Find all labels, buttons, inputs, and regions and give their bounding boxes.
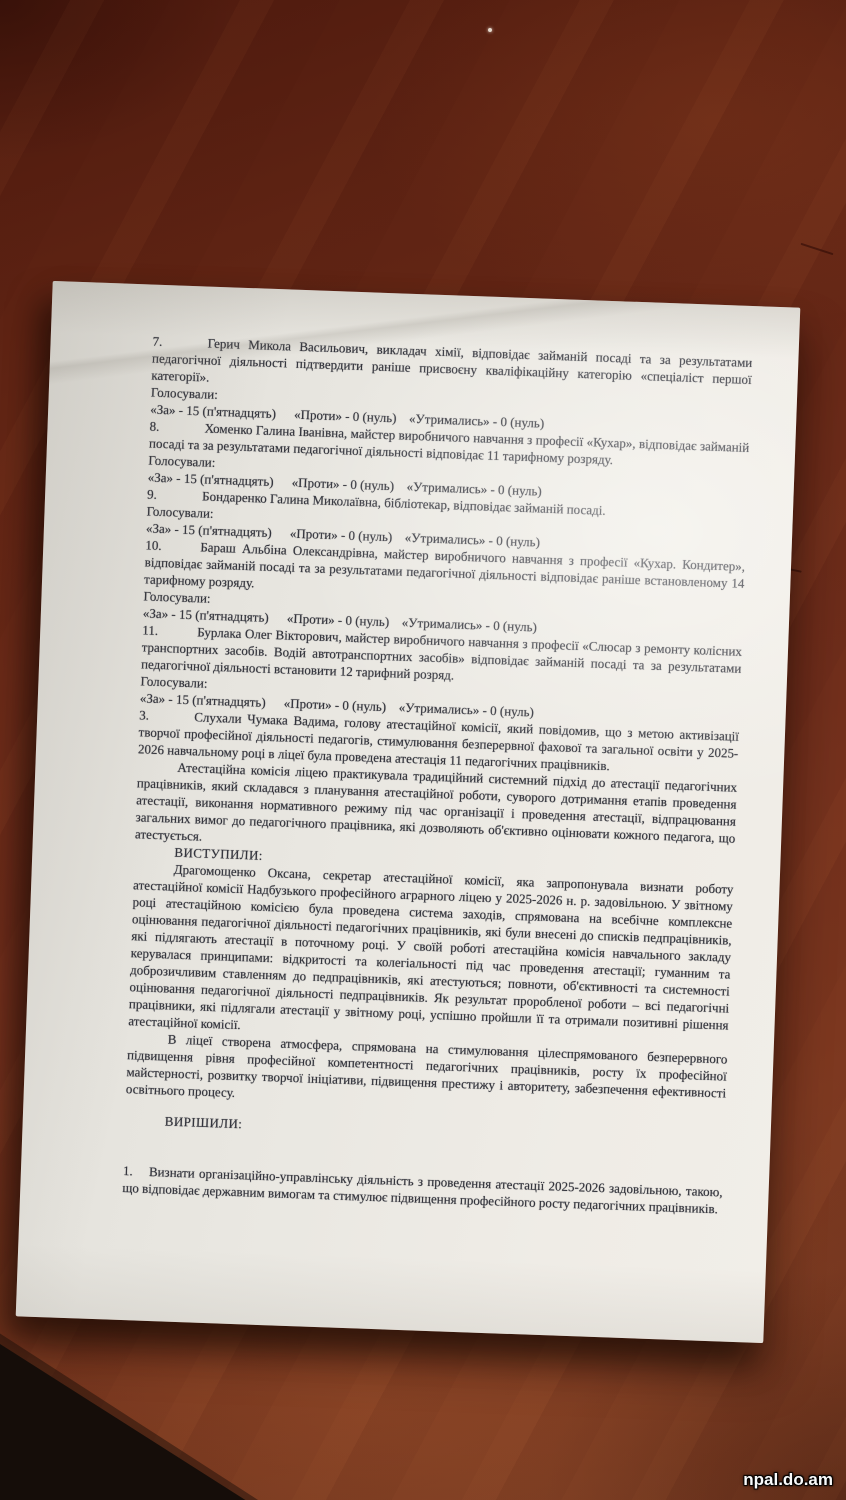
vyrishyly-heading: ВИРІШИЛИ: <box>125 1111 725 1149</box>
decision-1: 1.Визнати організаційно-управлінську дія… <box>122 1162 723 1217</box>
site-watermark: npal.do.am <box>743 1470 833 1490</box>
item-9-number: 9. <box>147 485 203 504</box>
item-8-number: 8. <box>149 418 205 437</box>
item-7-text: Герич Микола Васильович, викладач хімії,… <box>151 336 752 387</box>
decision-1-text: Визнати організаційно-управлінську діяль… <box>122 1164 723 1216</box>
photo-of-document: 7.Герич Микола Васильович, викладач хімі… <box>0 0 846 1500</box>
document-page: 7.Герич Микола Васильович, викладач хімі… <box>16 281 801 1343</box>
dust-speck <box>488 28 492 32</box>
document-text-area: 7.Герич Микола Васильович, викладач хімі… <box>16 281 801 1343</box>
item-10-number: 10. <box>145 536 201 555</box>
item-11-number: 11. <box>142 621 198 640</box>
decision-1-number: 1. <box>123 1162 150 1180</box>
drahomoshchenko-paragraph: Драгомощенко Оксана, секретар атестаційн… <box>128 859 734 1050</box>
item-7-number: 7. <box>152 333 208 352</box>
item-3-number: 3. <box>139 706 195 725</box>
